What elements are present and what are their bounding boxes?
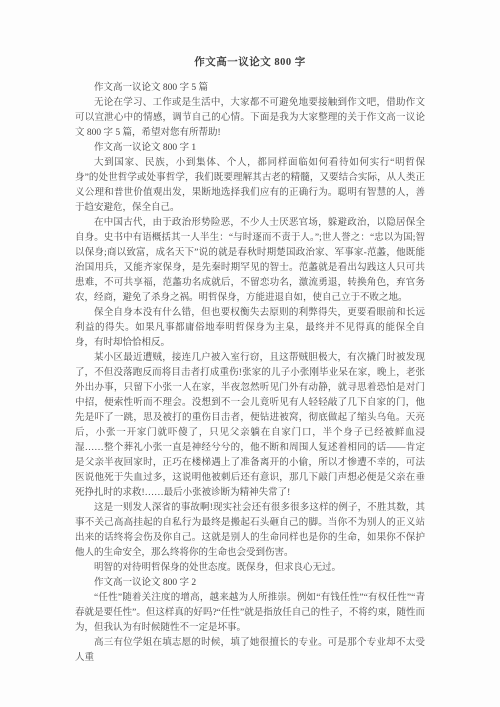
section-heading-overview: 作文高一议论文 800 字 5 篇 (75, 81, 425, 96)
paragraph-essay1-1: 大到国家、民族，小到集体、个人，都同样面临如何看待如何实行“明哲保身”的处世哲学… (75, 156, 425, 216)
paragraph-essay1-4: 某小区最近遭贼，接连几户被入室行窃，且这帮贼胆极大，有次撬门时被发现了，不但没落… (75, 351, 425, 501)
section-heading-essay-1: 作文高一议论文 800 字 1 (75, 141, 425, 156)
paragraph-essay1-6: 明智的对待明哲保身的处世态度。既保身，但求良心无过。 (75, 561, 425, 576)
section-heading-essay-2: 作文高一议论文 800 字 2 (75, 576, 425, 591)
document-page: 作文高一议论文 800 字 作文高一议论文 800 字 5 篇 无论在学习、工作… (0, 0, 500, 707)
paragraph-essay1-2: 在中国古代，由于政治形势险恶，不少人士厌恶官场，躲避政治，以隐居保全自身。史书中… (75, 216, 425, 306)
paragraph-essay2-1: “任性”随着关注度的增高，越来越为人所推崇。例如“有钱任性”“有权任性”“青春就… (75, 591, 425, 636)
paragraph-essay2-2: 高三有位学姐在填志愿的时候，填了她很擅长的专业。可是那个专业却不太受人重 (75, 636, 425, 666)
document-title: 作文高一议论文 800 字 (75, 55, 425, 70)
paragraph-intro: 无论在学习、工作或是生活中，大家都不可避免地要接触到作文吧，借助作文可以宣泄心中… (75, 96, 425, 141)
paragraph-essay1-5: 这是一则发人深省的事故啊!现实社会还有很多很多这样的例子，不胜其数，其事不关己高… (75, 501, 425, 561)
paragraph-essay1-3: 保全自身本没有什么错，但也要权衡失去原则的利弊得失，更要看眼前和长远利益的得失。… (75, 306, 425, 351)
